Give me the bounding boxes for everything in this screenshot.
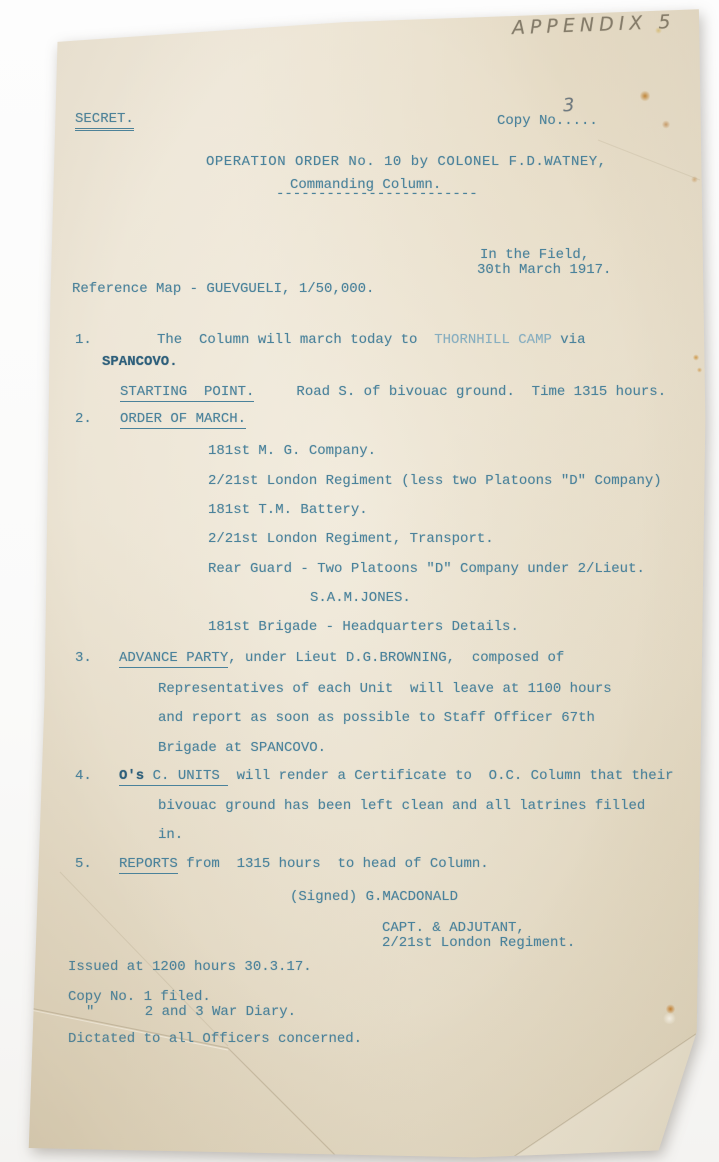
signature-signed: (Signed) G.MACDONALD [290, 889, 458, 907]
para3-line1-rest: , under Lieut D.G.BROWNING, composed of [228, 650, 564, 666]
starting-point-text: Road S. of bivouac ground. Time 1315 hou… [254, 384, 666, 400]
march-entry: 181st T.M. Battery. [208, 502, 368, 520]
march-entry: 181st Brigade - Headquarters Details. [208, 619, 519, 637]
para5-line1-rest: from 1315 hours to head of Column. [178, 856, 489, 872]
march-entry: Rear Guard - Two Platoons "D" Company un… [208, 561, 645, 579]
scanned-document-photo: APPENDIX 5 3 SECRET. Copy No..... OPERAT… [0, 0, 719, 1162]
para3-line1: ADVANCE PARTY, under Lieut D.G.BROWNING,… [119, 650, 564, 668]
rust-stain [640, 90, 650, 102]
crease-line [228, 1048, 340, 1160]
rust-stain [693, 354, 699, 361]
signature-unit: 2/21st London Regiment. [382, 935, 575, 953]
rust-stain [666, 1004, 675, 1014]
classification-label: SECRET. [75, 111, 134, 129]
para4-number: 4. [75, 768, 92, 786]
para4-line1: O's C. UNITS will render a Certificate t… [119, 768, 674, 786]
para1-number: 1. [75, 332, 92, 350]
para3-line2: Representatives of each Unit will leave … [158, 681, 612, 699]
starting-point-line: STARTING POINT. Road S. of bivouac groun… [120, 384, 666, 402]
classification-text: SECRET. [75, 111, 134, 131]
copy-number-label: Copy No..... [497, 113, 598, 131]
march-entry: 181st M. G. Company. [208, 443, 376, 461]
map-reference: Reference Map - GUEVGUELI, 1/50,000. [72, 281, 374, 299]
march-entry: 2/21st London Regiment (less two Platoon… [208, 473, 662, 491]
folded-corner [512, 1034, 696, 1158]
para3-line4: Brigade at SPANCOVO. [158, 740, 326, 758]
para1-line1: The Column will march today to THORNHILL… [157, 332, 585, 350]
para5-number: 5. [75, 856, 92, 874]
dateline-date: 30th March 1917. [477, 262, 611, 280]
footer-copy-war-diary: " 2 and 3 War Diary. [86, 1004, 296, 1022]
rust-stain [691, 176, 698, 183]
chip-mark [663, 1013, 676, 1024]
rust-stain [662, 120, 670, 129]
march-entry: S.A.M.JONES. [310, 590, 411, 608]
paper-shadow-wrap: APPENDIX 5 3 SECRET. Copy No..... OPERAT… [0, 0, 719, 1162]
para2-heading: ORDER OF MARCH. [120, 411, 246, 429]
para1-line1-destination: THORNHILL CAMP [434, 332, 552, 348]
para4-line3: in. [158, 827, 183, 845]
para4-heading: O's C. UNITS [119, 768, 228, 786]
para3-number: 3. [75, 650, 92, 668]
para3-heading: ADVANCE PARTY [119, 650, 228, 668]
para1-spancovo: SPANCOVO. [102, 354, 178, 372]
paper-sheet: APPENDIX 5 3 SECRET. Copy No..... OPERAT… [0, 0, 719, 1162]
para4-heading-rest: C. UNITS [144, 768, 228, 784]
appendix-handwritten-note: APPENDIX 5 [512, 11, 676, 41]
para4-line2: bivouac ground has been left clean and a… [158, 798, 645, 816]
title-rule: ------------------------ [276, 186, 478, 204]
fold-line [512, 1034, 696, 1158]
para5-line1: REPORTS from 1315 hours to head of Colum… [119, 856, 489, 874]
para2-heading-text: ORDER OF MARCH. [120, 411, 246, 429]
starting-point-label: STARTING POINT. [120, 384, 254, 402]
document-title: OPERATION ORDER No. 10 by COLONEL F.D.WA… [206, 154, 607, 172]
crease-overlay [0, 0, 719, 1162]
footer-dictated: Dictated to all Officers concerned. [68, 1031, 362, 1049]
para4-heading-bold: O's [119, 768, 144, 784]
march-entry: 2/21st London Regiment, Transport. [208, 531, 494, 549]
para1-line1-a: The Column will march today to [157, 332, 434, 348]
para3-line3: and report as soon as possible to Staff … [158, 710, 595, 728]
footer-issued: Issued at 1200 hours 30.3.17. [68, 959, 312, 977]
para1-line1-c: via [552, 332, 586, 348]
para2-number: 2. [75, 411, 92, 429]
para4-line1-rest: will render a Certificate to O.C. Column… [228, 768, 673, 784]
rust-stain [697, 367, 702, 373]
crease-line [598, 140, 700, 180]
para5-heading: REPORTS [119, 856, 178, 874]
